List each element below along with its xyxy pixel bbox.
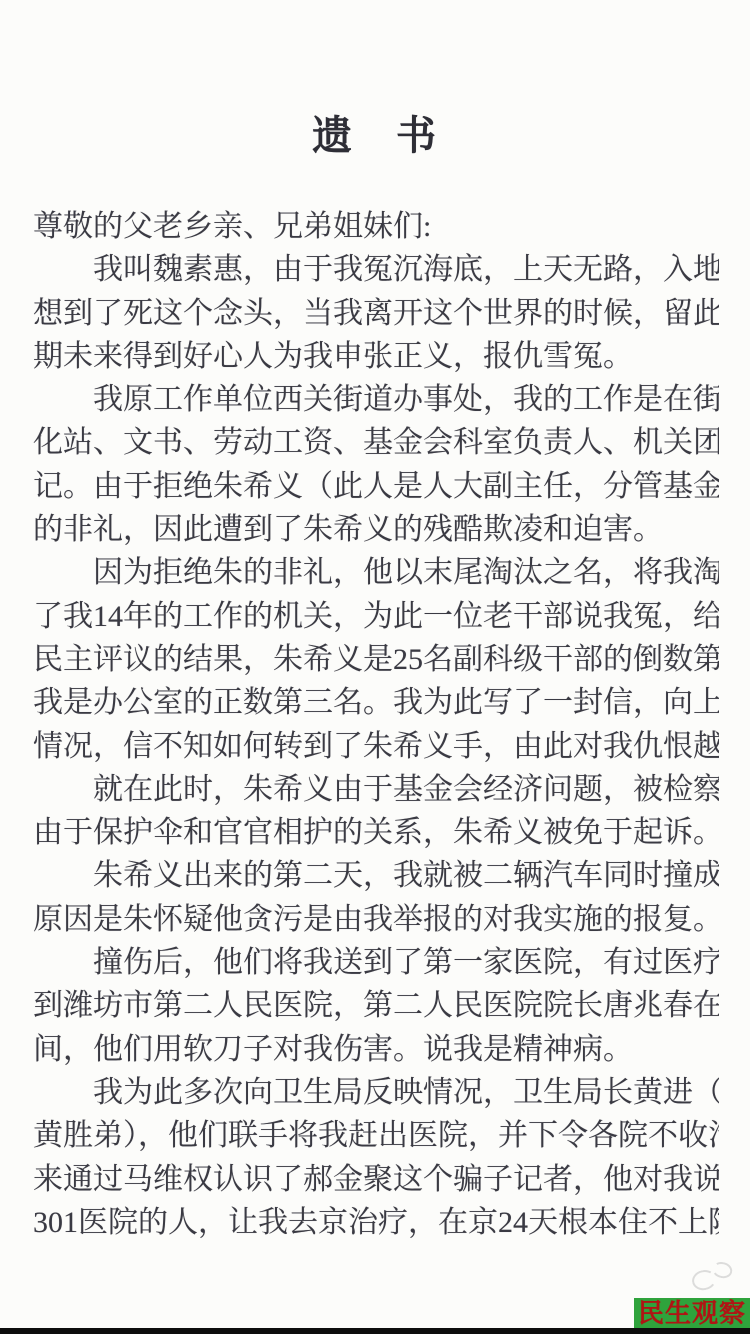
scan-smudge-artifact: [687, 1259, 740, 1298]
text-line: 原因是朱怀疑他贪污是由我举报的对我实施的报复。: [33, 898, 719, 941]
text-line: 了我14年的工作的机关，为此一位老干部说我冤，给了我一份: [33, 595, 719, 638]
text-line: 尊敬的父老乡亲、兄弟姐妹们:: [33, 205, 719, 248]
text-line: 黄胜弟），他们联手将我赶出医院，并下令各院不收治我。后: [33, 1114, 719, 1157]
text-line: 我是办公室的正数第三名。我为此写了一封信，向上级汇报此: [33, 681, 719, 724]
text-line: 民主评议的结果，朱希义是25名副科级干部的倒数第三名，而: [33, 638, 719, 681]
text-line: 我原工作单位西关街道办事处，我的工作是在街办干过文: [33, 378, 719, 421]
text-line: 期未来得到好心人为我申张正义，报仇雪冤。: [33, 335, 719, 378]
text-line: 因为拒绝朱的非礼，他以末尾淘汰之名，将我淘汰并赶出: [33, 551, 719, 594]
watermark-label: 民生观察: [638, 1301, 746, 1327]
text-line: 我为此多次向卫生局反映情况，卫生局长黄进（省副省长: [33, 1071, 719, 1114]
page-title: 遗 书: [0, 104, 750, 161]
text-line: 由于保护伞和官官相护的关系，朱希义被免于起诉。: [33, 811, 719, 854]
text-line: 的非礼，因此遭到了朱希义的残酷欺凌和迫害。: [33, 508, 719, 551]
text-line: 301医院的人，让我去京治疗，在京24天根本住不上院，并将: [33, 1201, 719, 1244]
text-line: 情况，信不知如何转到了朱希义手，由此对我仇恨越大。: [33, 725, 719, 768]
text-line: 来通过马维权认识了郝金聚这个骗子记者，他对我说，他认识: [33, 1158, 719, 1201]
text-line: 撞伤后，他们将我送到了第一家医院，有过医疗纠纷后，: [33, 941, 719, 984]
text-line: 就在此时，朱希义由于基金会经济问题，被检察院批捕，: [33, 768, 719, 811]
text-line: 朱希义出来的第二天，我就被二辆汽车同时撞成了重伤，: [33, 854, 719, 897]
bottom-border-bar: [0, 1328, 750, 1334]
text-line: 想到了死这个念头，当我离开这个世界的时候，留此遗书，以: [33, 292, 719, 335]
text-line: 记。由于拒绝朱希义（此人是人大副主任，分管基金会基金）: [33, 465, 719, 508]
text-line: 我叫魏素惠，由于我冤沉海底，上天无路，入地无门，我: [33, 248, 719, 291]
text-line: 化站、文书、劳动工资、基金会科室负责人、机关团支部书: [33, 421, 719, 464]
text-line: 间，他们用软刀子对我伤害。说我是精神病。: [33, 1028, 719, 1071]
text-line: 到潍坊市第二人民医院，第二人民医院院长唐兆春在我住院期: [33, 984, 719, 1027]
document-body: 尊敬的父老乡亲、兄弟姐妹们:我叫魏素惠，由于我冤沉海底，上天无路，入地无门，我想…: [33, 205, 719, 1244]
watermark-badge: 民生观察: [634, 1298, 750, 1329]
